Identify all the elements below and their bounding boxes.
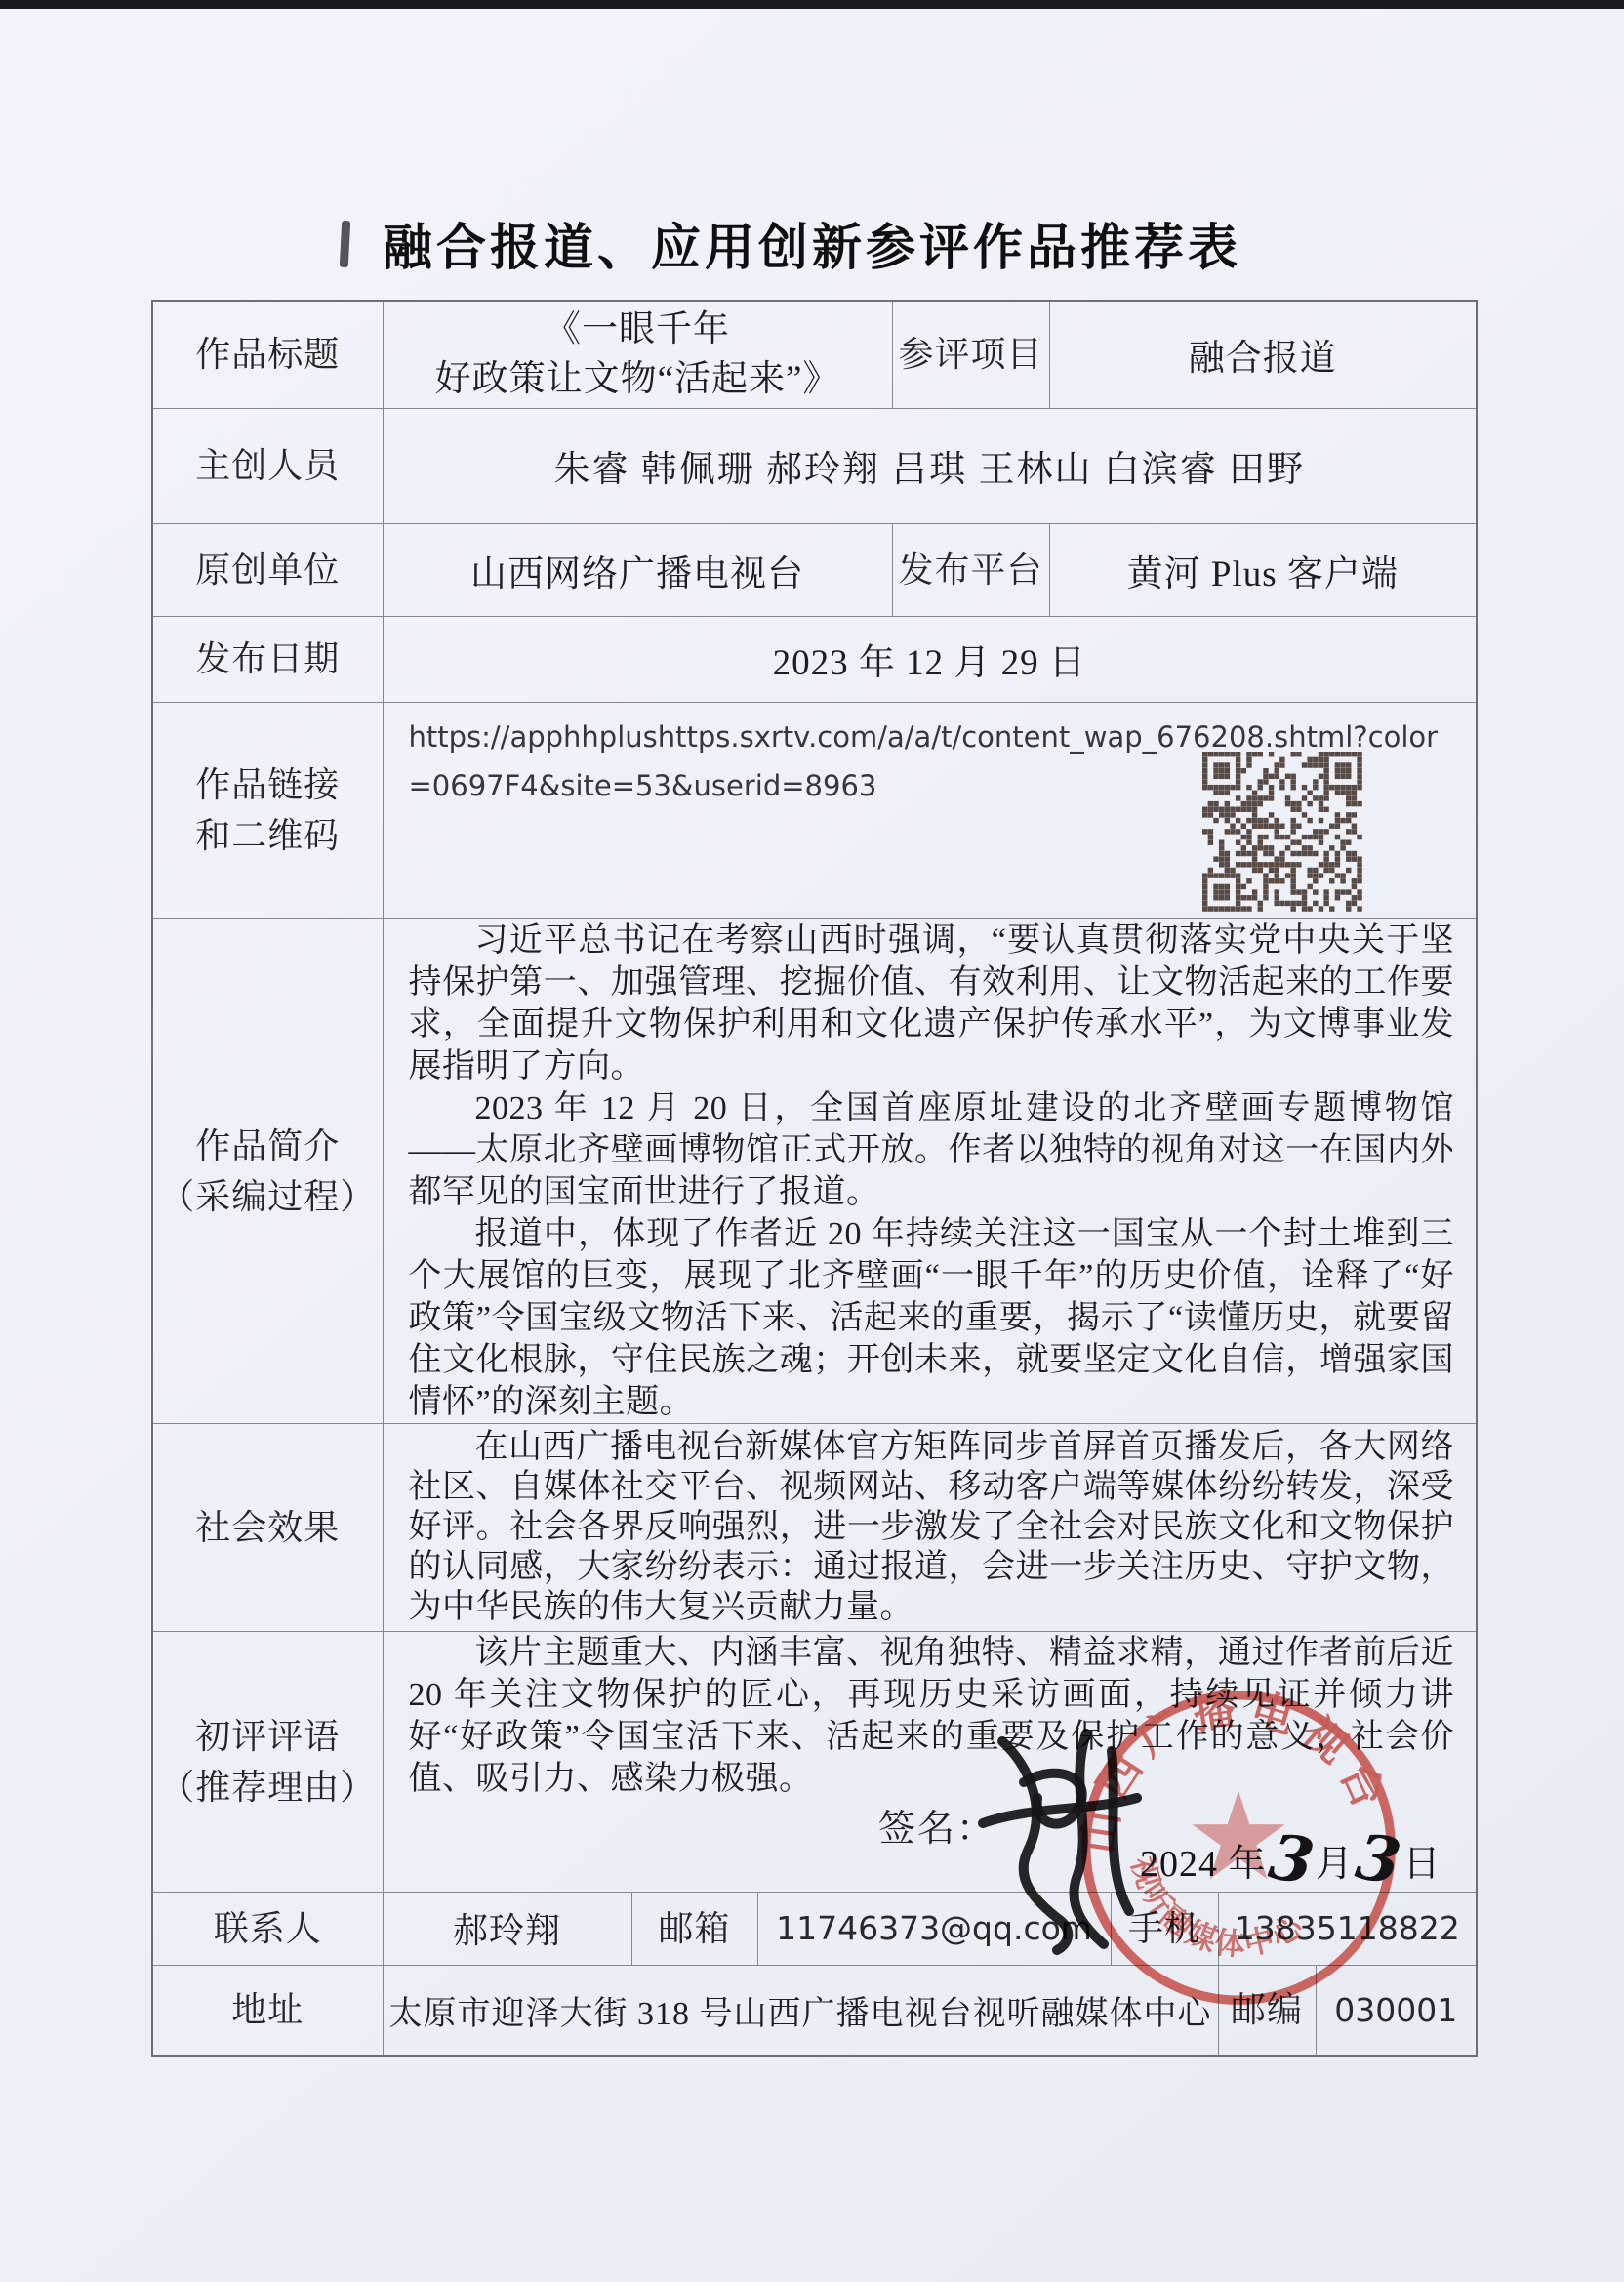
scanned-document-page: 融合报道、应用创新参评作品推荐表 作品标题 《一眼千年 好政策让文物“活起来”》… [0,0,1624,2282]
cell-link-qr: https://apphhplushttps.sxrtv.com/a/a/t/c… [383,702,1477,918]
row-creators: 主创人员 朱睿 韩佩珊 郝玲翔 吕琪 王林山 白滨睿 田野 [152,408,1477,523]
value-publish-date: 2023 年 12 月 29 日 [383,616,1477,702]
row-intro: 作品简介 （采编过程） 习近平总书记在考察山西时强调，“要认真贯彻落实党中央关于… [152,918,1477,1423]
work-title-line2: 好政策让文物“活起来”》 [384,354,892,404]
intro-paragraph-2: 2023 年 12 月 20 日，全国首座原址建设的北齐壁画专题博物馆——太原北… [384,1087,1477,1213]
effect-paragraph: 在山西广播电视台新媒体官方矩阵同步首屏首页播发后，各大网络社区、自媒体社交平台、… [384,1427,1477,1627]
date-month-char: 月 [1316,1833,1354,1887]
label-publish-platform: 发布平台 [892,523,1049,616]
value-work-title: 《一眼千年 好政策让文物“活起来”》 [383,301,892,408]
label-review: 初评评语 （推荐理由） [152,1631,383,1892]
intro-paragraph-1: 习近平总书记在考察山西时强调，“要认真贯彻落实党中央关于坚持保护第一、加强管理、… [384,919,1477,1087]
value-creators: 朱睿 韩佩珊 郝玲翔 吕琪 王林山 白滨睿 田野 [383,408,1477,523]
row-work-title: 作品标题 《一眼千年 好政策让文物“活起来”》 参评项目 融合报道 [152,301,1477,408]
value-entry-category: 融合报道 [1049,301,1477,408]
value-contact-person: 郝玲翔 [383,1892,631,1965]
label-publish-date: 发布日期 [152,616,383,702]
date-day-digit-handwritten: 3 [1354,1838,1402,1883]
label-social-effect: 社会效果 [152,1423,383,1631]
label-email: 邮箱 [631,1892,757,1965]
label-contact-person: 联系人 [152,1892,383,1965]
row-link-qr: 作品链接 和二维码 https://apphhplushttps.sxrtv.c… [152,702,1477,918]
row-origin-org: 原创单位 山西网络广播电视台 发布平台 黄河 Plus 客户端 [152,523,1477,616]
label-creators: 主创人员 [152,408,383,523]
label-entry-category: 参评项目 [892,301,1049,408]
intro-paragraph-3: 报道中，体现了作者近 20 年持续关注这一国宝从一个封土堆到三个大展馆的巨变，展… [384,1213,1477,1423]
label-link-qr: 作品链接 和二维码 [152,702,383,918]
value-publish-platform: 黄河 Plus 客户端 [1049,523,1477,616]
scan-edge-artifact [0,0,1624,9]
value-origin-org: 山西网络广播电视台 [383,523,892,616]
handwritten-signature [969,1728,1150,1957]
label-origin-org: 原创单位 [152,523,383,616]
date-month-digit-handwritten: 3 [1267,1838,1316,1883]
review-date: 2024 年 3 月 3 日 [1140,1833,1441,1887]
qr-code [1202,752,1362,912]
page-title: 融合报道、应用创新参评作品推荐表 [0,207,1624,279]
label-intro: 作品简介 （采编过程） [152,918,383,1423]
label-work-title: 作品标题 [152,301,383,408]
row-publish-date: 发布日期 2023 年 12 月 29 日 [152,616,1477,702]
cell-social-effect: 在山西广播电视台新媒体官方矩阵同步首屏首页播发后，各大网络社区、自媒体社交平台、… [383,1423,1477,1631]
date-year: 2024 年 [1140,1833,1267,1887]
label-address: 地址 [152,1965,383,2056]
cell-intro: 习近平总书记在考察山西时强调，“要认真贯彻落实党中央关于坚持保护第一、加强管理、… [383,918,1477,1423]
date-day-char: 日 [1403,1833,1441,1887]
work-title-line1: 《一眼千年 [384,305,892,354]
row-social-effect: 社会效果 在山西广播电视台新媒体官方矩阵同步首屏首页播发后，各大网络社区、自媒体… [152,1423,1477,1631]
